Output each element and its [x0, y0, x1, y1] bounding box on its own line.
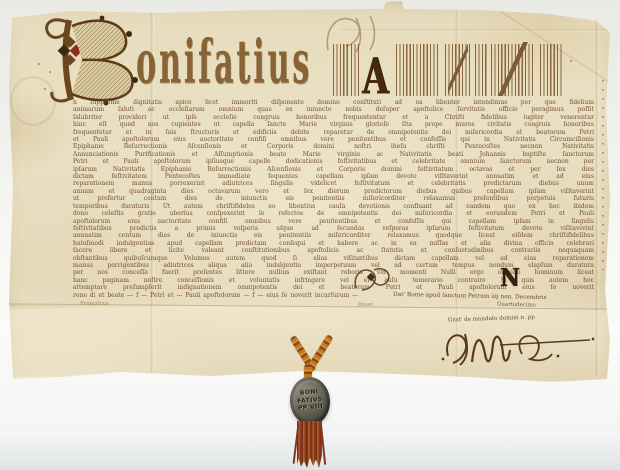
pricking-marks — [602, 80, 604, 270]
manuscript-line: dictam feſtivitatem Pentecoſtes immediat… — [73, 173, 594, 180]
manuscript-line: temporibus duraturis Ut autem chriſtifid… — [73, 203, 594, 210]
manuscript-line: ipſarum Nativitatis Epiphanie Reſurrecti… — [73, 166, 594, 173]
elongated-bars — [333, 44, 348, 96]
cadel-flourish — [352, 264, 394, 294]
nulli-ergo-initial: N — [500, 263, 519, 292]
notary-monogram — [440, 326, 600, 368]
elongated-bars — [540, 44, 562, 96]
manuscript-line: obſtantibus quibuſcumque Volumus autem q… — [73, 255, 594, 262]
seal-fringe-threads — [297, 421, 322, 468]
manuscript-line: Epiphanie Reſurrectionis Aſcenſionis et … — [73, 143, 594, 150]
manuscript-line: dono celeſtis gratie uberius conſpexerin… — [73, 210, 594, 217]
manuscript-line: feſtivitatibus predictis a primis veſper… — [73, 225, 594, 232]
elongated-bars — [491, 44, 535, 96]
lead-bulla-seal: BONIFATIVSPP VIII — [288, 375, 332, 426]
elongated-bars — [475, 44, 487, 96]
manuscript-line: facere libere et licite valeant conſtitu… — [73, 247, 594, 254]
manuscript-line: reparationem manus porrexerint adiutrice… — [73, 180, 594, 187]
manuscript-line: et Pauli apoſtolorum eius auctoritate co… — [73, 136, 594, 143]
manuscript-line: hinc eſt quod nos cupientes ut capella ſ… — [73, 121, 594, 128]
manuscript-line: Annunciationis Purificationis et Aſſumpt… — [73, 151, 594, 158]
elongated-bars — [445, 44, 471, 96]
photograph-of-charter: onifatius A n ſuppreme dignitatis apice … — [0, 0, 620, 470]
manuscript-line: ut prefertur centum dies de iniunctis ei… — [73, 195, 594, 202]
ornate-initial-B — [36, 10, 148, 106]
bulla-inscription-line: PP VIII — [298, 404, 324, 413]
manuscript-line: ſalubriter provideri ut ipſe eccleſie co… — [73, 114, 594, 121]
elongated-bars — [396, 44, 440, 96]
manuscript-line: apoſtolorum eius auctoritate confiſi omn… — [73, 218, 594, 225]
manuscript-line: frequentetur et in ſuis ſtructuris et ed… — [73, 129, 594, 136]
elongated-letter-diagonal — [448, 42, 469, 96]
manuscript-line: huiuſmodi indulgentias apud capellam pre… — [73, 240, 594, 247]
ink-speck — [570, 60, 572, 62]
elongated-letter-diagonal — [495, 42, 530, 96]
manuscript-line: annuatim centum dies de iniunctis eis pe… — [73, 232, 594, 239]
manuscript-line: n ſuppreme dignitatis apice licet immeri… — [73, 99, 594, 106]
manuscript-line: Petri et Pauli apoſtolorum ipſiusque cap… — [73, 158, 594, 165]
heading-word: onifatius — [136, 26, 312, 97]
elongated-bars — [351, 44, 359, 96]
manuscript-line: annum et quadraginta dies octavarum vero… — [73, 188, 594, 195]
manuscript-line: animarum ſaluti ac eccleſiarum omnium qu… — [73, 106, 594, 113]
